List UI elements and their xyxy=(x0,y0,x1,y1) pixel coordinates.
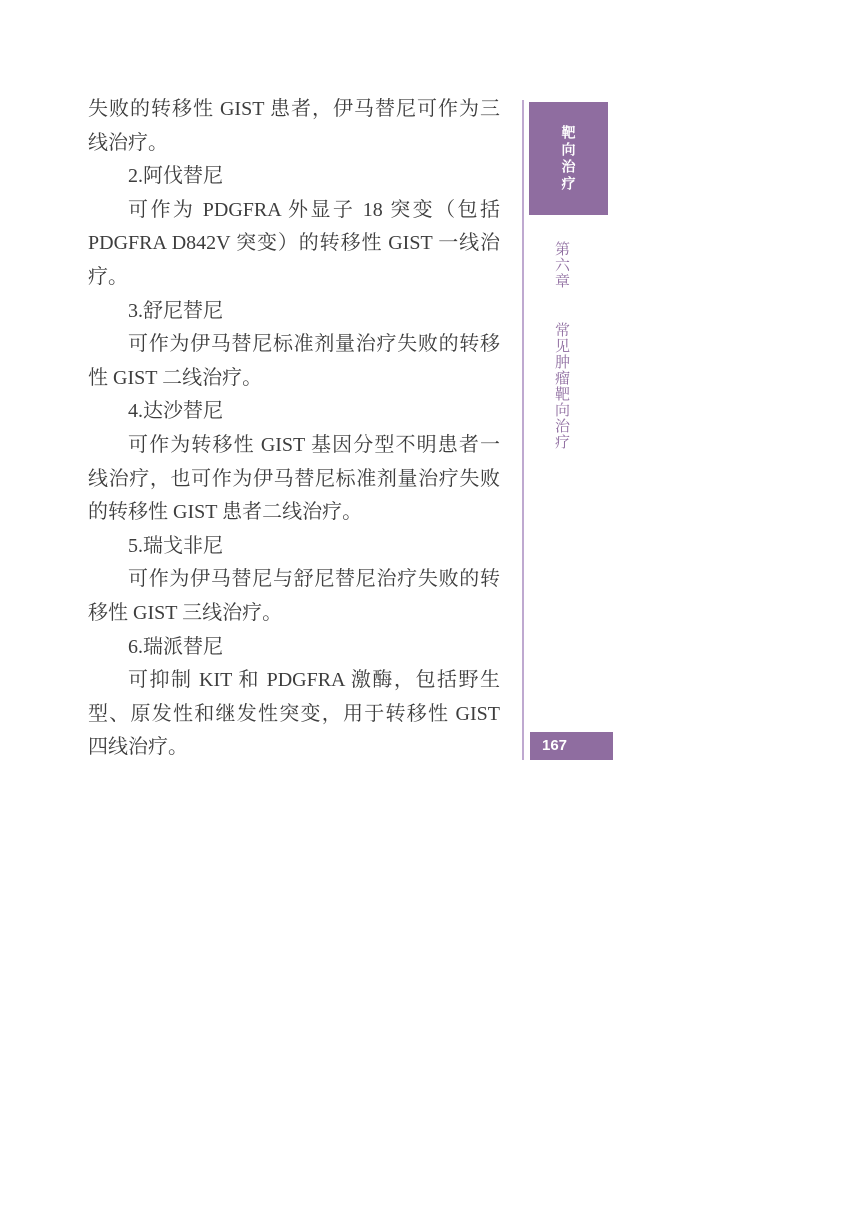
section-tab-label: 靶向治疗 xyxy=(559,125,579,193)
paragraph-continuation: 失败的转移性 GIST 患者，伊马替尼可作为三线治疗。 xyxy=(88,93,500,160)
paragraph: 可抑制 KIT 和 PDGFRA 激酶，包括野生型、原发性和继发性突变，用于转移… xyxy=(88,664,500,765)
chapter-title: 常见肿瘤靶向治疗 xyxy=(553,322,569,450)
book-page: 失败的转移性 GIST 患者，伊马替尼可作为三线治疗。 2.阿伐替尼 可作为 P… xyxy=(0,0,867,1218)
paragraph: 可作为 PDGFRA 外显子 18 突变（包括 PDGFRA D842V 突变）… xyxy=(88,194,500,295)
chapter-heading-vertical: 第六章 常见肿瘤靶向治疗 xyxy=(551,241,572,450)
drug-heading: 5.瑞戈非尼 xyxy=(88,530,500,564)
drug-heading: 4.达沙替尼 xyxy=(88,395,500,429)
drug-heading: 2.阿伐替尼 xyxy=(88,160,500,194)
sidebar-divider-line xyxy=(522,100,524,760)
page-number-badge: 167 xyxy=(530,732,613,760)
drug-heading: 3.舒尼替尼 xyxy=(88,295,500,329)
paragraph: 可作为伊马替尼与舒尼替尼治疗失败的转移性 GIST 三线治疗。 xyxy=(88,563,500,630)
paragraph: 可作为伊马替尼标准剂量治疗失败的转移性 GIST 二线治疗。 xyxy=(88,328,500,395)
section-tab: 靶向治疗 xyxy=(529,102,608,215)
chapter-number: 第六章 xyxy=(553,241,569,289)
main-text-column: 失败的转移性 GIST 患者，伊马替尼可作为三线治疗。 2.阿伐替尼 可作为 P… xyxy=(88,93,500,765)
drug-heading: 6.瑞派替尼 xyxy=(88,631,500,665)
paragraph: 可作为转移性 GIST 基因分型不明患者一线治疗，也可作为伊马替尼标准剂量治疗失… xyxy=(88,429,500,530)
